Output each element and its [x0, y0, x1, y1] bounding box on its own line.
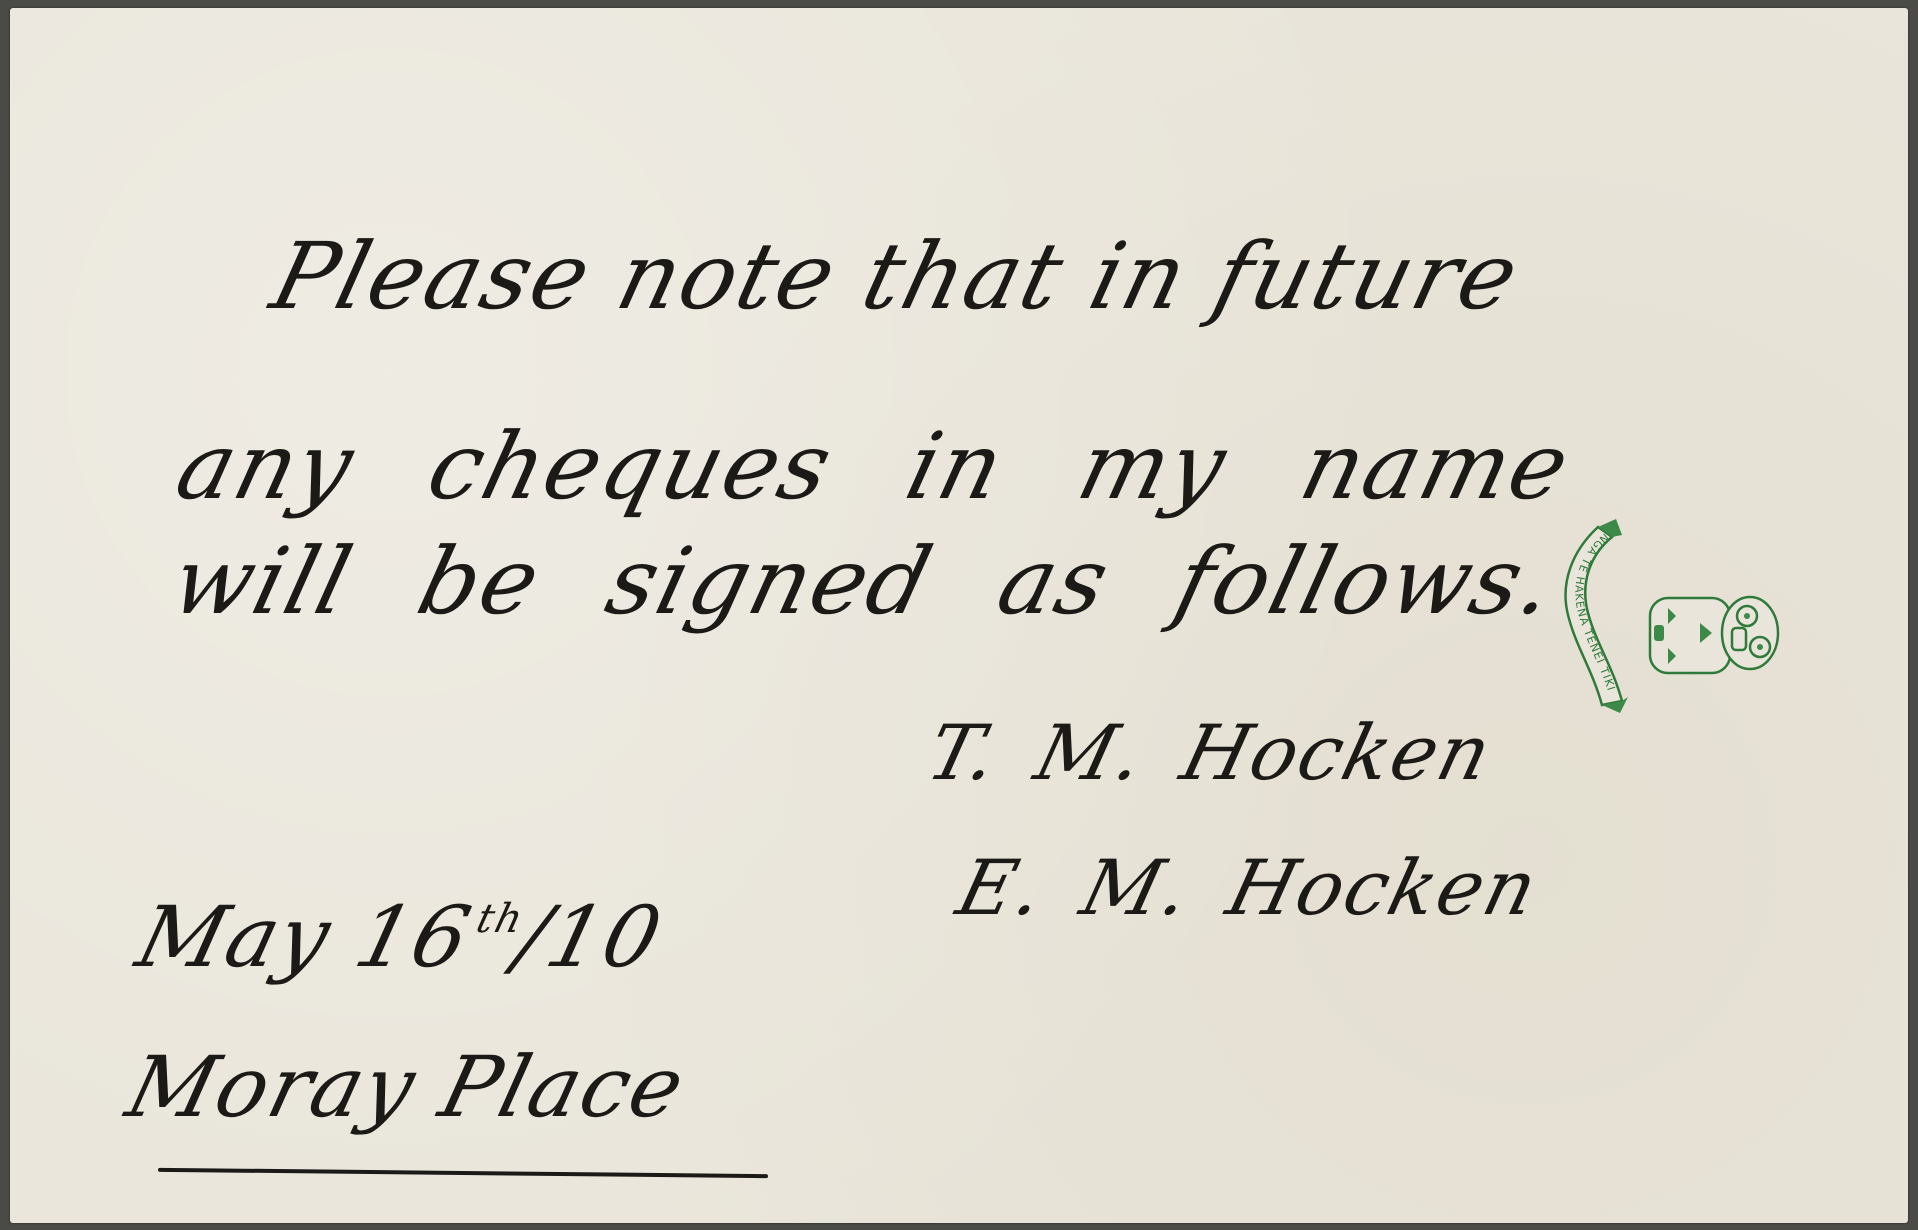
tiki-crest-icon: NGA TE HAKENA TENEI TIKI [1550, 513, 1780, 723]
place-underline [158, 1168, 768, 1178]
date-month-day: May 16 [128, 888, 482, 986]
date-year: /10 [507, 888, 673, 986]
signature-1: T. M. Hocken [919, 708, 1502, 797]
note-card: Please note that in future any cheques i… [10, 8, 1908, 1223]
place: Moray Place [118, 1038, 696, 1136]
body-line-3: will be signed as follows. [162, 528, 1567, 635]
body-line-1: Please note that in future [262, 223, 1531, 330]
date: May 16th/10 [128, 888, 673, 986]
signature-2: E. M. Hocken [949, 843, 1548, 932]
body-line-2: any cheques in my name [167, 413, 1581, 520]
